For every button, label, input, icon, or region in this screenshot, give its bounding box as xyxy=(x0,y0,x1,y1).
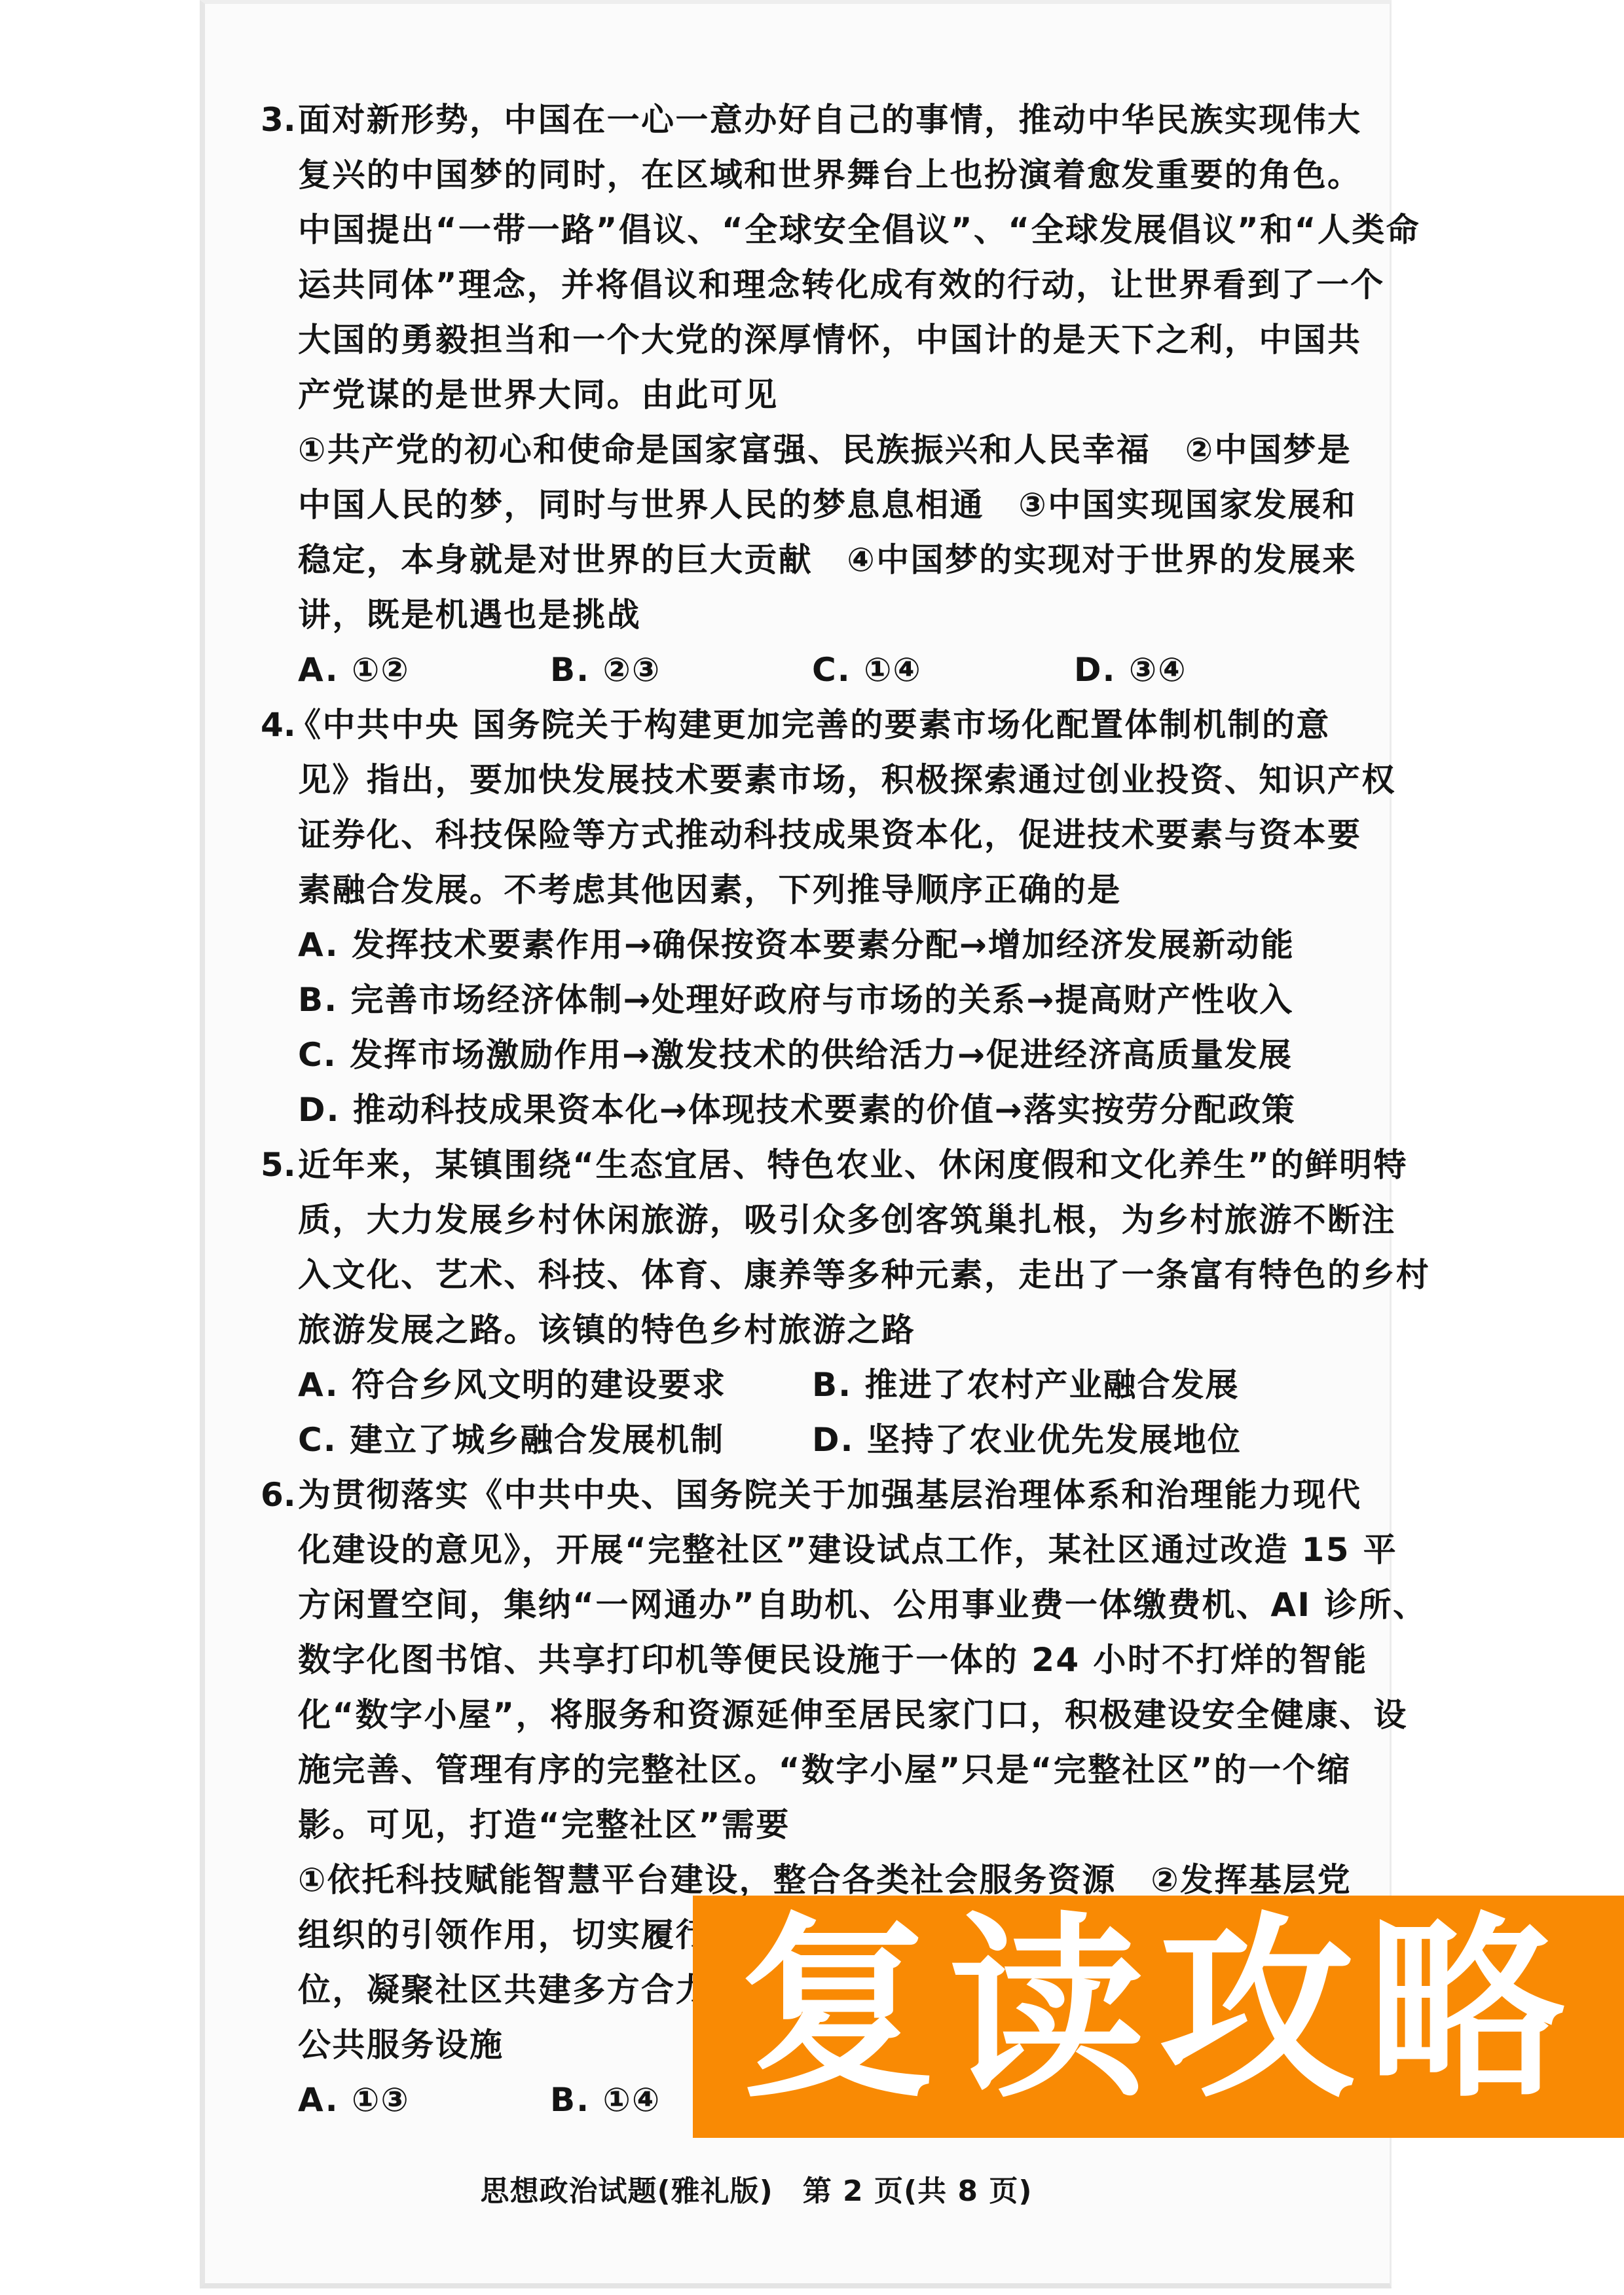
question-text-line: 复兴的中国梦的同时，在区域和世界舞台上也扮演着愈发重要的角色。 xyxy=(298,154,1361,196)
statement-line: 组织的引领作用，切实履行 xyxy=(298,1914,710,1956)
option-d[interactable]: D. ③④ xyxy=(1074,649,1187,691)
option-a[interactable]: A. ①② xyxy=(298,649,410,691)
question-text-line: 数字化图书馆、共享打印机等便民设施于一体的 24 小时不打烊的智能 xyxy=(298,1639,1368,1681)
statement-line: ①依托科技赋能智慧平台建设，整合各类社会服务资源 ②发挥基层党 xyxy=(298,1859,1352,1901)
option-a[interactable]: A. ①③ xyxy=(298,2079,410,2121)
question-text-line: 质，大力发展乡村休闲旅游，吸引众多创客筑巢扎根，为乡村旅游不断注 xyxy=(298,1199,1396,1241)
statement-line: ①共产党的初心和使命是国家富强、民族振兴和人民幸福 ②中国梦是 xyxy=(298,429,1352,471)
question-text-line: 为贯彻落实《中共中央、国务院关于加强基层治理体系和治理能力现代 xyxy=(298,1474,1361,1516)
question-text-line: 见》指出，要加快发展技术要素市场，积极探索通过创业投资、知识产权 xyxy=(298,759,1396,801)
option-c[interactable]: C. 建立了城乡融合发展机制 xyxy=(298,1419,724,1461)
question-text-line: 证券化、科技保险等方式推动科技成果资本化，促进技术要素与资本要 xyxy=(298,814,1361,856)
option-d[interactable]: D. 推动科技成果资本化→体现技术要素的价值→落实按劳分配政策 xyxy=(298,1089,1296,1131)
question-text-line: 《中共中央 国务院关于构建更加完善的要素市场化配置体制机制的意 xyxy=(288,704,1331,746)
question-text-line: 近年来，某镇围绕“生态宜居、特色农业、休闲度假和文化养生”的鲜明特 xyxy=(298,1144,1408,1186)
question-text-line: 化建设的意见》，开展“完整社区”建设试点工作，某社区通过改造 15 平 xyxy=(298,1529,1397,1571)
question-text-line: 素融合发展。不考虑其他因素，下列推导顺序正确的是 xyxy=(298,869,1122,911)
question-text-line: 施完善、管理有序的完整社区。“数字小屋”只是“完整社区”的一个缩 xyxy=(298,1749,1351,1791)
statement-line: 讲，既是机遇也是挑战 xyxy=(298,594,641,636)
option-b[interactable]: B. 推进了农村产业融合发展 xyxy=(812,1364,1240,1406)
page-footer: 思想政治试题(雅礼版) 第 2 页(共 8 页) xyxy=(0,2167,1624,2209)
option-c[interactable]: C. 发挥市场激励作用→激发技术的供给活力→促进经济高质量发展 xyxy=(298,1034,1293,1076)
option-b[interactable]: B. ②③ xyxy=(550,649,661,691)
question-text-line: 中国提出“一带一路”倡议、“全球安全倡议”、“全球发展倡议”和“人类命 xyxy=(298,209,1420,251)
option-b[interactable]: B. ①④ xyxy=(550,2079,661,2121)
footer-text: 思想政治试题(雅礼版) 第 2 页(共 8 页) xyxy=(481,2167,1033,2209)
question-text-line: 入文化、艺术、科技、体育、康养等多种元素，走出了一条富有特色的乡村 xyxy=(298,1254,1430,1296)
statement-line: 公共服务设施 xyxy=(298,2024,504,2066)
watermark-text: 复读攻略 xyxy=(739,1912,1578,2108)
option-a[interactable]: A. 符合乡风文明的建设要求 xyxy=(298,1364,726,1406)
question-text-line: 化“数字小屋”，将服务和资源延伸至居民家门口，积极建设安全健康、设 xyxy=(298,1694,1408,1736)
question-text-line: 方闲置空间，集纳“一网通办”自助机、公用事业费一体缴费机、AI 诊所、 xyxy=(298,1584,1427,1626)
statement-line: 位，凝聚社区共建多方合力 xyxy=(298,1969,710,2011)
question-text-line: 旅游发展之路。该镇的特色乡村旅游之路 xyxy=(298,1309,915,1351)
question-number: 6. xyxy=(261,1474,296,1516)
question-number: 5. xyxy=(261,1144,296,1186)
option-a[interactable]: A. 发挥技术要素作用→确保按资本要素分配→增加经济发展新动能 xyxy=(298,924,1295,966)
option-c[interactable]: C. ①④ xyxy=(812,649,922,691)
statement-line: 中国人民的梦，同时与世界人民的梦息息相通 ③中国实现国家发展和 xyxy=(298,484,1357,526)
question-text-line: 大国的勇毅担当和一个大党的深厚情怀，中国计的是天下之利，中国共 xyxy=(298,319,1361,361)
option-d[interactable]: D. 坚持了农业优先发展地位 xyxy=(812,1419,1242,1461)
question-text-line: 运共同体”理念，并将倡议和理念转化成有效的行动，让世界看到了一个 xyxy=(298,264,1385,306)
option-b[interactable]: B. 完善市场经济体制→处理好政府与市场的关系→提高财产性收入 xyxy=(298,979,1293,1021)
question-text-line: 面对新形势，中国在一心一意办好自己的事情，推动中华民族实现伟大 xyxy=(298,99,1361,141)
question-text-line: 产党谋的是世界大同。由此可见 xyxy=(298,374,779,416)
statement-line: 稳定，本身就是对世界的巨大贡献 ④中国梦的实现对于世界的发展来 xyxy=(298,539,1357,581)
question-text-line: 影。可见，打造“完整社区”需要 xyxy=(298,1804,790,1846)
question-number: 3. xyxy=(261,99,296,141)
watermark-banner: 复读攻略 xyxy=(693,1896,1624,2138)
